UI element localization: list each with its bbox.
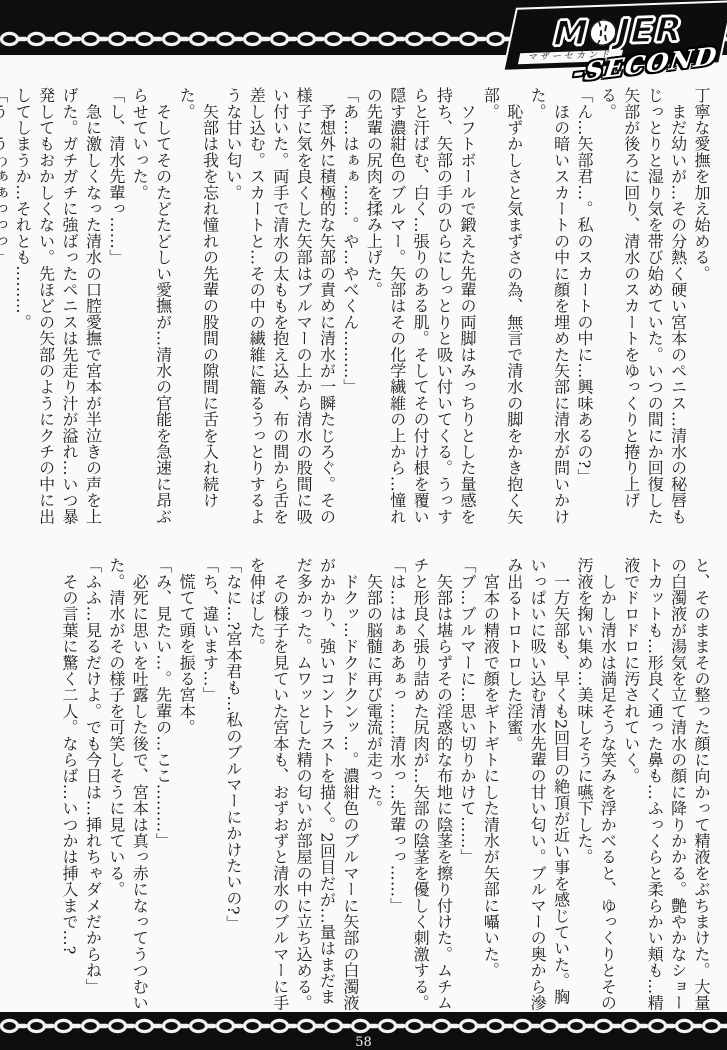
paragraph: 「み、見たい…。先輩の…ここ………」 bbox=[151, 557, 174, 1013]
paragraph: 「う…うわぁぁっっっ」 bbox=[0, 87, 11, 535]
paragraph: 一方矢部も、早くも2回目の絶頂が近い事を感じていた。胸いっぱいに吸い込む清水先輩… bbox=[502, 557, 572, 1013]
baseball-icon bbox=[589, 19, 616, 46]
paragraph: 「は…はぁああぁっ……清水っ…先輩っっ……」 bbox=[385, 557, 408, 1013]
paragraph: 「ブ…ブルマーに…思い切りかけて……」 bbox=[456, 557, 479, 1013]
paragraph: そしてそのたどたどしい愛撫が…清水の官能を急速に昂ぶらせていった。 bbox=[128, 87, 175, 535]
page-number: 58 bbox=[0, 1035, 727, 1050]
logo-title-end: JER bbox=[616, 10, 683, 52]
paragraph: その言葉に驚く二人。ならば…いつかは挿入まで…? bbox=[58, 557, 81, 1013]
text-block-top: 丁寧な愛撫を加え始める。 まだ幼いが…その分熱く硬い宮本のペニス…清水の秘唇もじ… bbox=[0, 87, 713, 535]
paragraph: ほの暗いスカートの中に顔を埋めた矢部に清水が問いかけた。 bbox=[526, 87, 573, 535]
paragraph: 必死に思いを吐露した後で、宮本は真っ赤になってうつむいた。清水がその様子を可笑し… bbox=[104, 557, 151, 1013]
paragraph: 「ふふ…見るだけよ。でも今日は…挿れちゃダメだからね」 bbox=[81, 557, 104, 1013]
paragraph: 「し、清水先輩っ……」 bbox=[104, 87, 127, 535]
paragraph: 急に激しくなった清水の口腔愛撫で宮本が半泣きの声を上げた。ガチガチに強ばったペニ… bbox=[11, 87, 105, 535]
paragraph: 矢部は堪らずその淫惑的な布地に陰茎を擦り付けた。ムチムチと形良く張り詰めた尻肉が… bbox=[409, 557, 456, 1013]
paragraph: と、そのままその整った顔に向かって精液をぶちまけた。大量の白濁液が湯気を立て清水… bbox=[619, 557, 713, 1013]
bottom-border-bar: 58 bbox=[0, 1012, 727, 1050]
paragraph: 「なに…?宮本君も…私のブルマーにかけたいの?」 bbox=[221, 557, 244, 1013]
paragraph: 宮本の精液で顔をギトギトにした清水が矢部に囁いた。 bbox=[479, 557, 502, 1013]
paragraph: その様子を見ていた宮本も、おずおずと清水のブルマーに手を伸ばした。 bbox=[245, 557, 292, 1013]
text-block-bottom: と、そのままその整った顔に向かって精液をぶちまけた。大量の白濁液が湯気を立て清水… bbox=[58, 557, 713, 1013]
paragraph: ドクッ…ドクドクンッ…。濃紺色のブルマーに矢部の白濁液がかかり、強いコントラスト… bbox=[292, 557, 362, 1013]
paragraph: しかし清水は満足そうな笑みを浮かべると、ゆっくりとその汚液を掬い集め…美味しそう… bbox=[573, 557, 620, 1013]
paragraph: 「ん…矢部君…。私のスカートの中に…興味あるの?」 bbox=[573, 87, 596, 535]
paragraph: 「あ…はぁぁ……。や…やべくん………」 bbox=[339, 87, 362, 535]
logo-title: MJER bbox=[553, 13, 683, 51]
paragraph: まだ幼いが…その分熱く硬い宮本のペニス…清水の秘唇もじっとりと湿り気を帯び始めて… bbox=[596, 87, 690, 535]
paragraph: 予想外に積極的な矢部の責めに清水が一瞬たじろぐ。その様子に気を良くした矢部はブル… bbox=[221, 87, 338, 535]
logo: MJER マザーセカンド -SECOND bbox=[505, 2, 727, 69]
paragraph: 丁寧な愛撫を加え始める。 bbox=[690, 87, 713, 535]
logo-title-start: M bbox=[553, 13, 590, 54]
paragraph: 恥ずかしさと気まずさの為、無言で清水の脚をかき抱く矢部。 bbox=[479, 87, 526, 535]
paragraph: 矢部は我を忘れ憧れの先輩の股間の隙間に舌を入れ続けた。 bbox=[175, 87, 222, 535]
paragraph: 慌てて頭を振る宮本。 bbox=[175, 557, 198, 1013]
paragraph: ソフトボールで鍛えた先輩の両脚はみっちりとした量感を持ち、矢部の手のひらにしっと… bbox=[362, 87, 479, 535]
scanned-page: MJER マザーセカンド -SECOND 丁寧な愛撫を加え始める。 まだ幼いが…… bbox=[0, 0, 727, 1050]
paragraph: 矢部の脳髄に再び電流が走った。 bbox=[362, 557, 385, 1013]
paragraph: 「ち、違います…」 bbox=[198, 557, 221, 1013]
chain-ornament-bottom-icon bbox=[0, 1018, 727, 1034]
